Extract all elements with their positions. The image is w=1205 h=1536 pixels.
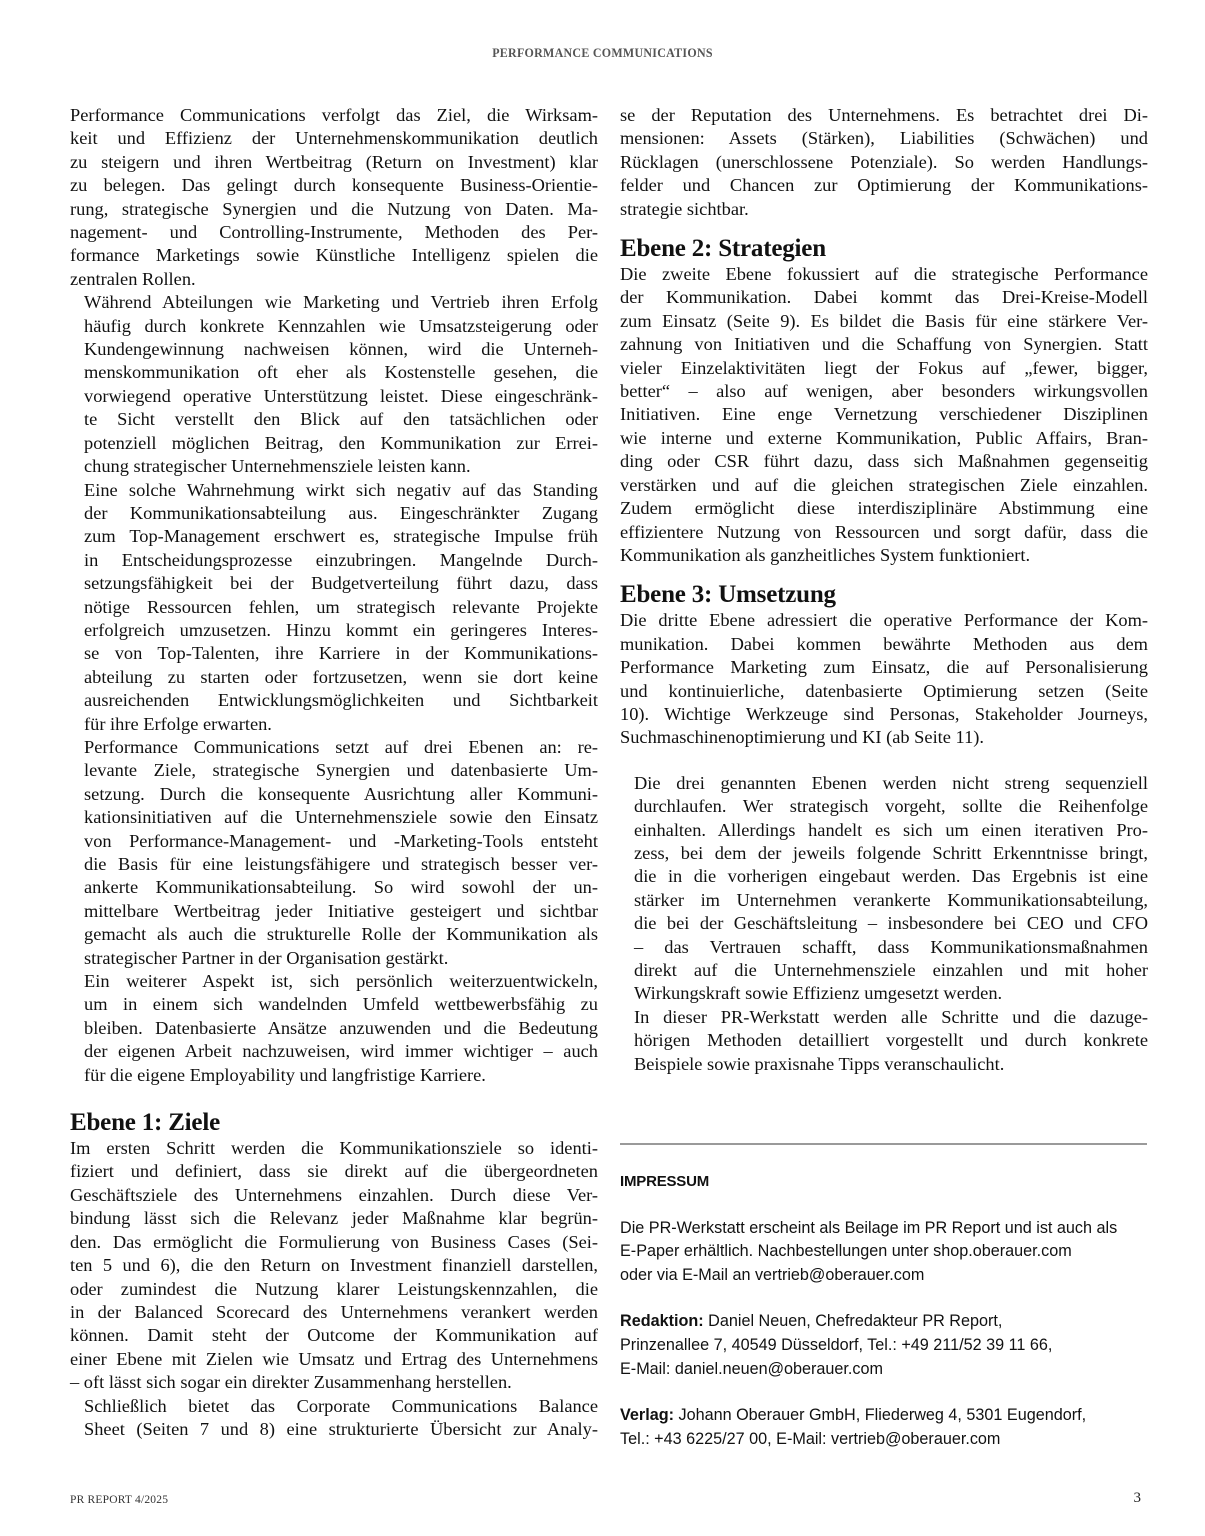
text-line: Beispiele sowie praxisnahe Tipps veransc…: [620, 1053, 1148, 1076]
text-line: setzung. Durch die konsequente Ausrichtu…: [70, 783, 598, 806]
page-number: 3: [1134, 1490, 1142, 1507]
closing-paragraph: In dieser PR-Werkstatt werden alle Schri…: [620, 1006, 1148, 1076]
text-line: Eine solche Wahrnehmung wirkt sich negat…: [70, 479, 598, 502]
text-line: oder zumindest die Nutzung klarer Leistu…: [70, 1278, 598, 1301]
text-line: vorwiegend operative Unterstützung leist…: [70, 385, 598, 408]
text-line: chung strategischer Unternehmensziele le…: [70, 455, 598, 478]
text-line: zentralen Rollen.: [70, 268, 598, 291]
impressum-intro: Die PR-Werkstatt erscheint als Beilage i…: [620, 1217, 1160, 1288]
redaktion-line: E-Mail: daniel.neuen@oberauer.com: [620, 1358, 1160, 1382]
text-line: zu steigern und ihren Wertbeitrag (Retur…: [70, 151, 598, 174]
text-line: Wirkungskraft sowie Effizienz umgesetzt …: [620, 982, 1148, 1005]
text-line: Kommunikation als ganzheitliches System …: [620, 544, 1148, 567]
redaktion-label: Redaktion:: [620, 1312, 704, 1330]
text-line: Geschäftsziele des Unternehmens einzahle…: [70, 1184, 598, 1207]
text-line: nagement- und Controlling-Instrumente, M…: [70, 221, 598, 244]
section-heading-ebene-2: Ebene 2: Strategien: [620, 235, 1148, 263]
verlag-line: Tel.: +43 6225/27 00, E-Mail: vertrieb@o…: [620, 1428, 1160, 1452]
text-line: einer Ebene mit Zielen wie Umsatz und Er…: [70, 1348, 598, 1371]
text-line: Kundengewinnung nachweisen können, wird …: [70, 338, 598, 361]
text-line: kationsinitiativen auf die Unternehmensz…: [70, 806, 598, 829]
text-line: se der Reputation des Unternehmens. Es b…: [620, 104, 1148, 127]
text-line: den. Das ermöglicht die Formulierung von…: [70, 1231, 598, 1254]
text-line: direkt auf die Unternehmensziele einzahl…: [620, 959, 1148, 982]
text-line: ankerte Kommunikationsabteilung. So wird…: [70, 876, 598, 899]
text-line: Performance Communications verfolgt das …: [70, 104, 598, 127]
intro-paragraph: Performance Communications verfolgt das …: [70, 104, 598, 291]
text-line: zum Top-Management erschwert es, strateg…: [70, 525, 598, 548]
text-line: In dieser PR-Werkstatt werden alle Schri…: [620, 1006, 1148, 1029]
text-line: für ihre Erfolge erwarten.: [70, 713, 598, 736]
continuation-paragraph: se der Reputation des Unternehmens. Es b…: [620, 104, 1148, 221]
footer-issue: PR REPORT 4/2025: [70, 1494, 168, 1506]
text-line: Suchmaschinenoptimierung und KI (ab Seit…: [620, 726, 1148, 749]
text-line: mensionen: Assets (Stärken), Liabilities…: [620, 127, 1148, 150]
left-column: Performance Communications verfolgt das …: [70, 104, 598, 1441]
text-line: nötige Ressourcen fehlen, um strategisch…: [70, 596, 598, 619]
text-line: um in einem sich wandelnden Umfeld wettb…: [70, 993, 598, 1016]
text-line: hörigen Methoden detailliert vorgestellt…: [620, 1029, 1148, 1052]
text-line: stärker im Unternehmen verankerte Kommun…: [620, 889, 1148, 912]
verlag-line: Johann Oberauer GmbH, Fliederweg 4, 5301…: [674, 1406, 1086, 1424]
text-line: gemacht als auch die strukturelle Rolle …: [70, 923, 598, 946]
text-line: ding oder CSR führt dazu, dass sich Maßn…: [620, 450, 1148, 473]
text-line: abteilung zu starten oder fortzusetzen, …: [70, 666, 598, 689]
text-line: menskommunikation oft eher als Kostenste…: [70, 361, 598, 384]
impressum-box: IMPRESSUM Die PR-Werkstatt erscheint als…: [620, 1170, 1160, 1474]
text-line: in der Balanced Scorecard des Unternehme…: [70, 1301, 598, 1324]
text-line: Die zweite Ebene fokussiert auf die stra…: [620, 263, 1148, 286]
text-line: die Basis für eine leistungsfähigere und…: [70, 853, 598, 876]
redaktion-line: Daniel Neuen, Chefredakteur PR Report,: [704, 1312, 1003, 1330]
verlag-label: Verlag:: [620, 1406, 674, 1424]
text-line: für die eigene Employability und langfri…: [70, 1064, 598, 1087]
text-line: – oft lässt sich sogar ein direkter Zusa…: [70, 1371, 598, 1394]
text-line: verstärken und auf die gleichen strategi…: [620, 474, 1148, 497]
text-line: Zudem ermöglicht diese interdisziplinäre…: [620, 497, 1148, 520]
text-line: Initiativen. Eine enge Vernetzung versch…: [620, 403, 1148, 426]
body-paragraph: Ein weiterer Aspekt ist, sich persönlich…: [70, 970, 598, 1087]
impressum-redaktion: Redaktion: Daniel Neuen, Chefredakteur P…: [620, 1310, 1160, 1381]
section-1-paragraph: Schließlich bietet das Corporate Communi…: [70, 1395, 598, 1442]
text-line: rung, strategische Synergien und die Nut…: [70, 198, 598, 221]
text-line: zu belegen. Das gelingt durch konsequent…: [70, 174, 598, 197]
text-line: se von Top-Talenten, ihre Karriere in de…: [70, 642, 598, 665]
text-line: munikation. Dabei kommen bewährte Method…: [620, 633, 1148, 656]
text-line: einhalten. Allerdings handelt es sich um…: [620, 819, 1148, 842]
text-line: better“ – also auf wenigen, aber besonde…: [620, 380, 1148, 403]
text-line: zum Einsatz (Seite 9). Es bildet die Bas…: [620, 310, 1148, 333]
redaktion-line: Prinzenallee 7, 40549 Düsseldorf, Tel.: …: [620, 1334, 1160, 1358]
text-line: felder und Chancen zur Optimierung der K…: [620, 174, 1148, 197]
text-line: der Kommunikationsabteilung aus. Eingesc…: [70, 502, 598, 525]
text-line: Während Abteilungen wie Marketing und Ve…: [70, 291, 598, 314]
right-column: se der Reputation des Unternehmens. Es b…: [620, 104, 1148, 1076]
text-line: Ein weiterer Aspekt ist, sich persönlich…: [70, 970, 598, 993]
text-line: zahnung von Initiativen und die Schaffun…: [620, 333, 1148, 356]
text-line: – das Vertrauen schafft, dass Kommunikat…: [620, 936, 1148, 959]
text-line: setzungsfähigkeit bei der Budgetverteilu…: [70, 572, 598, 595]
text-line: die bei der Geschäftsleitung – insbesond…: [620, 912, 1148, 935]
text-line: in Entscheidungsprozesse einzubringen. M…: [70, 549, 598, 572]
text-line: oder via E-Mail an vertrieb@oberauer.com: [620, 1264, 1160, 1288]
body-paragraph: Eine solche Wahrnehmung wirkt sich negat…: [70, 479, 598, 736]
impressum-divider: [620, 1143, 1147, 1145]
section-heading-ebene-1: Ebene 1: Ziele: [70, 1109, 598, 1137]
text-line: bindung lässt sich die Relevanz jeder Ma…: [70, 1207, 598, 1230]
text-line: können. Damit steht der Outcome der Komm…: [70, 1324, 598, 1347]
text-line: bleiben. Datenbasierte Ansätze anzuwende…: [70, 1017, 598, 1040]
text-line: von Performance-Management- und -Marketi…: [70, 830, 598, 853]
text-line: ten 5 und 6), die den Return on Investme…: [70, 1254, 598, 1277]
text-line: te Sicht verstellt den Blick auf den tat…: [70, 408, 598, 431]
text-line: formance Marketings sowie Künstliche Int…: [70, 244, 598, 267]
text-line: Rücklagen (unerschlossene Potenziale). S…: [620, 151, 1148, 174]
text-line: wie interne und externe Kommunikation, P…: [620, 427, 1148, 450]
text-line: strategie sichtbar.: [620, 198, 1148, 221]
text-line: Die PR-Werkstatt erscheint als Beilage i…: [620, 1217, 1160, 1241]
text-line: zess, bei dem der jeweils folgende Schri…: [620, 842, 1148, 865]
text-line: E-Paper erhältlich. Nachbestellungen unt…: [620, 1240, 1160, 1264]
text-line: 10). Wichtige Werkzeuge sind Personas, S…: [620, 703, 1148, 726]
text-line: die in die vorherigen eingebaut werden. …: [620, 865, 1148, 888]
text-line: erfolgreich umzusetzen. Hinzu kommt ein …: [70, 619, 598, 642]
text-line: der Kommunikation. Dabei kommt das Drei-…: [620, 286, 1148, 309]
section-heading-ebene-3: Ebene 3: Umsetzung: [620, 581, 1148, 609]
text-line: Schließlich bietet das Corporate Communi…: [70, 1395, 598, 1418]
text-line: vieler Einzelaktivitäten liegt der Fokus…: [620, 357, 1148, 380]
text-line: Sheet (Seiten 7 und 8) eine strukturiert…: [70, 1418, 598, 1441]
text-line: Performance Communications setzt auf dre…: [70, 736, 598, 759]
closing-paragraph: Die drei genannten Ebenen werden nicht s…: [620, 772, 1148, 1006]
body-paragraph: Während Abteilungen wie Marketing und Ve…: [70, 291, 598, 478]
text-line: fiziert und definiert, dass sie direkt a…: [70, 1160, 598, 1183]
text-line: Die drei genannten Ebenen werden nicht s…: [620, 772, 1148, 795]
text-line: strategischer Partner in der Organisatio…: [70, 947, 598, 970]
section-3-paragraph: Die dritte Ebene adressiert die operativ…: [620, 609, 1148, 749]
text-line: potenziell möglichen Beitrag, den Kommun…: [70, 432, 598, 455]
text-line: ausreichenden Entwicklungsmöglichkeiten …: [70, 689, 598, 712]
text-line: Die dritte Ebene adressiert die operativ…: [620, 609, 1148, 632]
section-2-paragraph: Die zweite Ebene fokussiert auf die stra…: [620, 263, 1148, 567]
text-line: der eigenen Arbeit nachzuweisen, wird im…: [70, 1040, 598, 1063]
text-line: effizientere Nutzung von Ressourcen und …: [620, 521, 1148, 544]
text-line: Im ersten Schritt werden die Kommunikati…: [70, 1137, 598, 1160]
text-line: durchlaufen. Wer strategisch vorgeht, so…: [620, 795, 1148, 818]
impressum-title: IMPRESSUM: [620, 1170, 1160, 1194]
section-1-paragraph: Im ersten Schritt werden die Kommunikati…: [70, 1137, 598, 1394]
text-line: häufig durch konkrete Kennzahlen wie Ums…: [70, 315, 598, 338]
text-line: keit und Effizienz der Unternehmenskommu…: [70, 127, 598, 150]
text-line: mittelbare Wertbeitrag jeder Initiative …: [70, 900, 598, 923]
text-line: levante Ziele, strategische Synergien un…: [70, 759, 598, 782]
impressum-verlag: Verlag: Johann Oberauer GmbH, Fliederweg…: [620, 1404, 1160, 1451]
running-header: PERFORMANCE COMMUNICATIONS: [48, 45, 1157, 61]
body-paragraph: Performance Communications setzt auf dre…: [70, 736, 598, 970]
text-line: und kontinuierliche, datenbasierte Optim…: [620, 680, 1148, 703]
text-line: Performance Marketing zum Einsatz, die a…: [620, 656, 1148, 679]
